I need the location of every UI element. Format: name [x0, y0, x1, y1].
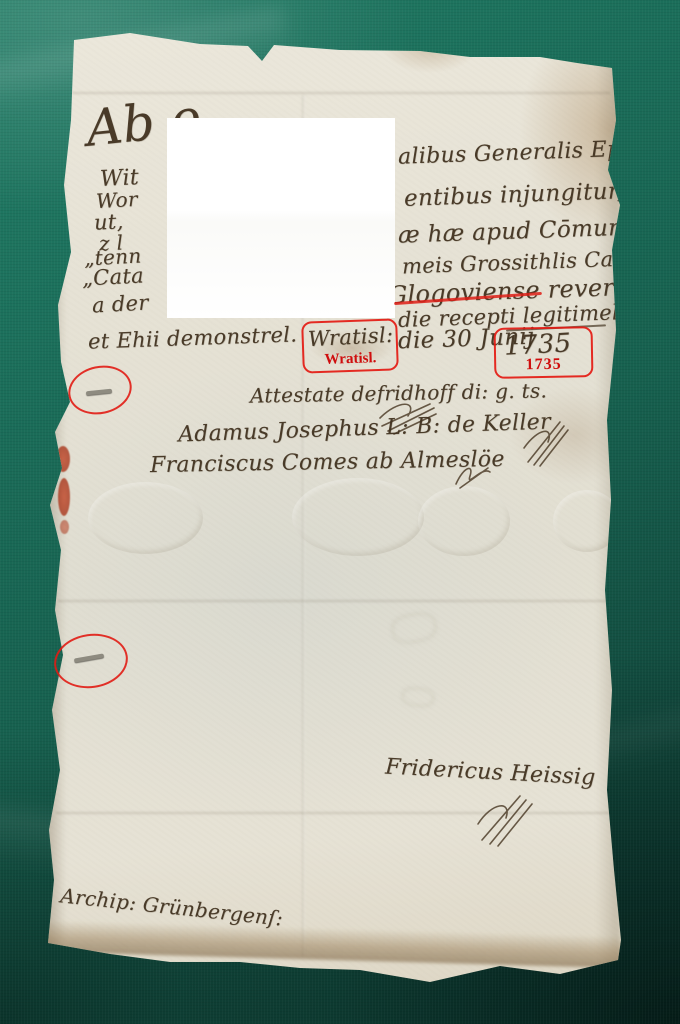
embossed-seal	[292, 478, 424, 556]
red-wax-residue	[60, 520, 69, 534]
signature-flourish	[452, 458, 494, 496]
embossed-seal	[418, 486, 510, 556]
handwritten-line-fragment: a der	[91, 293, 149, 317]
photo-scene: Ab o Wit Wor ut, z l „tenn „Cata a der a…	[0, 0, 680, 1024]
handwritten-line-fragment: „Cata	[81, 265, 144, 289]
year-stamp-label: 1735	[496, 355, 591, 375]
paper-fold-crease	[58, 600, 608, 602]
red-wax-residue	[58, 478, 70, 516]
handwritten-line-fragment: Wor	[96, 189, 139, 211]
place-annotation-box: Wratisl.	[301, 318, 399, 373]
embossed-seal	[88, 482, 203, 554]
signature-flourish	[472, 790, 542, 852]
place-stamp-label: Wratisl.	[304, 349, 397, 369]
signature-flourish	[520, 418, 570, 472]
censor-box	[167, 118, 395, 318]
year-annotation-box: 1735	[494, 326, 594, 379]
